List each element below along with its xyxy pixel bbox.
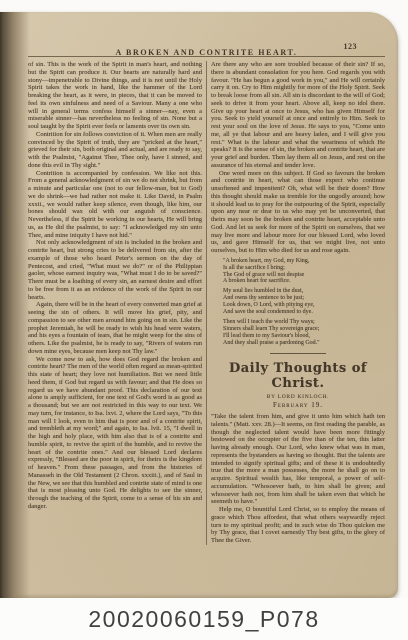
book-page: A BROKEN AND CONTRITE HEART. 123 of sin.… bbox=[0, 12, 398, 598]
hymn-verse: "A broken heart, my God, my King, Is all… bbox=[223, 258, 385, 347]
body-paragraph: Not only acknowledgment of sin is includ… bbox=[28, 239, 202, 301]
section-byline: BY LORD KINLOCH. bbox=[211, 394, 385, 402]
section-date: February 19. bbox=[211, 402, 385, 410]
left-column: of sin. This is the work of the Spirit i… bbox=[28, 61, 202, 545]
text-columns: of sin. This is the work of the Spirit i… bbox=[28, 61, 385, 545]
hymn-stanza: My soul lies humbled in the dust, And ow… bbox=[223, 288, 385, 316]
scan-footer: 20020060159_P078 bbox=[0, 598, 408, 640]
section-divider-rule bbox=[270, 353, 326, 354]
body-paragraph: Contrition is accompanied by confession.… bbox=[28, 170, 202, 240]
body-paragraph: Again, there will be in the heart of eve… bbox=[28, 301, 202, 355]
page-number: 123 bbox=[344, 42, 358, 51]
body-paragraph: Help me, O bountiful Lord Christ, so to … bbox=[211, 506, 385, 545]
hymn-stanza: "A broken heart, my God, my King, Is all… bbox=[223, 258, 385, 286]
header-rule bbox=[28, 56, 385, 57]
right-column: Are there any who are sore troubled beca… bbox=[211, 61, 385, 545]
body-paragraph: One word more on this subject. If God so… bbox=[211, 170, 385, 255]
archive-label: 20020060159_P078 bbox=[88, 606, 319, 633]
column-divider-rule bbox=[206, 61, 207, 545]
scan-background: A BROKEN AND CONTRITE HEART. 123 of sin.… bbox=[0, 0, 408, 640]
body-paragraph: Contrition for sin follows conviction of… bbox=[28, 131, 202, 170]
body-paragraph: of sin. This is the work of the Spirit i… bbox=[28, 61, 202, 131]
body-paragraph: We come now to ask, how does God regard … bbox=[28, 356, 202, 511]
section-title: Daily Thoughts of Christ. bbox=[211, 361, 385, 391]
running-head: A BROKEN AND CONTRITE HEART. 123 bbox=[28, 42, 385, 54]
page-gutter-shadow bbox=[0, 12, 30, 598]
hymn-stanza: Then will I teach the world Thy ways; Si… bbox=[223, 319, 385, 347]
body-paragraph: Are there any who are sore troubled beca… bbox=[211, 61, 385, 170]
body-paragraph: "Take the talent from him, and give it u… bbox=[211, 413, 385, 506]
